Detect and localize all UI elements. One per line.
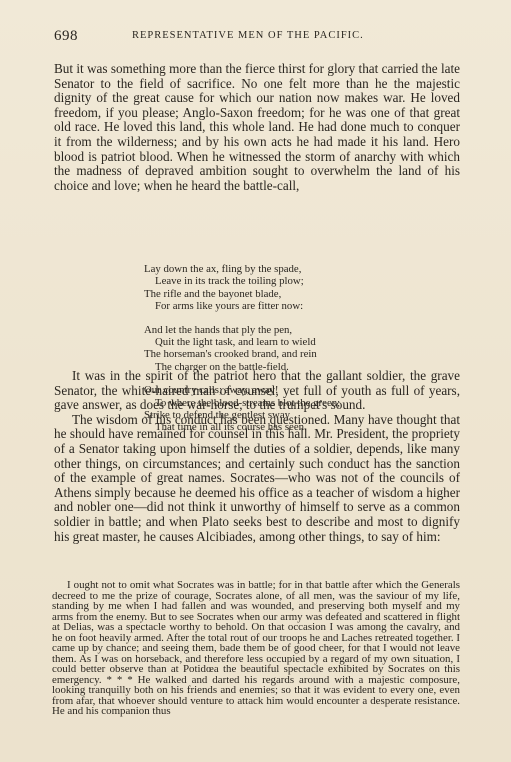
poem-line: Leave in its track the toiling plow;: [144, 275, 340, 287]
paragraph-text: But it was something more than the fierc…: [54, 62, 460, 193]
paragraph-wisdom-of-conduct: The wisdom of his conduct has been quest…: [54, 413, 460, 544]
block-quote-alcibiades: I ought not to omit what Socrates was in…: [52, 580, 460, 717]
poem-line: And let the hands that ply the pen,: [144, 324, 340, 336]
poem-line: For arms like yours are fitter now:: [144, 300, 340, 312]
page-number: 698: [54, 28, 78, 45]
poem-stanza: Lay down the ax, fling by the spade, Lea…: [144, 263, 340, 313]
paragraphs-senator: It was in the spirit of the patriot hero…: [54, 369, 460, 544]
poem-line: Quit the light task, and learn to wield: [144, 336, 340, 348]
poem-line: The horseman's crooked brand, and rein: [144, 348, 340, 360]
paragraph-battle-call: But it was something more than the fierc…: [54, 62, 460, 193]
book-page: 698 REPRESENTATIVE MEN OF THE PACIFIC. B…: [0, 0, 511, 762]
quote-text: I ought not to omit what Socrates was in…: [52, 580, 460, 717]
running-title: REPRESENTATIVE MEN OF THE PACIFIC.: [132, 30, 364, 41]
running-head: 698 REPRESENTATIVE MEN OF THE PACIFIC.: [54, 28, 464, 48]
poem-line: The rifle and the bayonet blade,: [144, 288, 340, 300]
poem-line: Lay down the ax, fling by the spade,: [144, 263, 340, 275]
paragraph-patriot-hero: It was in the spirit of the patriot hero…: [54, 369, 460, 413]
poem-stanza: And let the hands that ply the pen, Quit…: [144, 324, 340, 374]
